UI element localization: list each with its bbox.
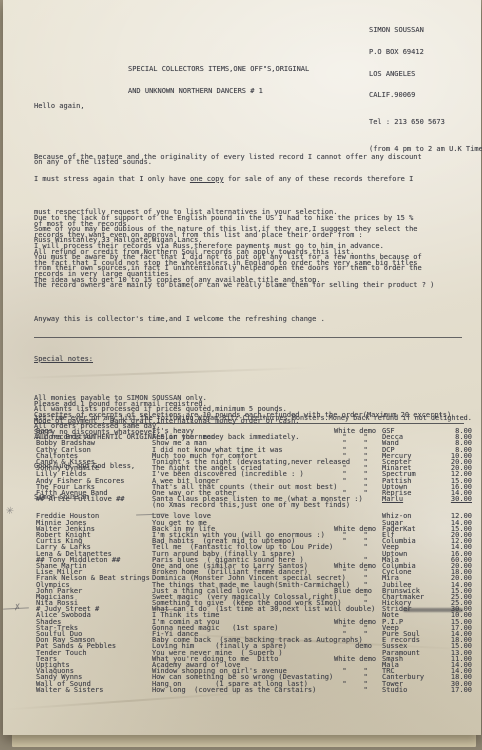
divider-rule	[34, 337, 462, 338]
letter-line-stress: I must stress again that I only have one…	[34, 177, 466, 183]
title-note-cell: (no Xmas record this,just one of my best…	[152, 502, 350, 508]
blank-line	[34, 300, 466, 306]
handwritten-star-icon: ✳	[5, 503, 15, 519]
list-intro: 1st time ever on any list,the following …	[34, 414, 477, 421]
sender-address-line: LOS ANGELES	[369, 71, 482, 78]
price-cell: 30.00	[432, 496, 472, 502]
letter-line: on any of the listed sounds.	[34, 160, 466, 166]
salutation: Hello again,	[34, 104, 466, 110]
artist-cell: ## Artie Fullilove ##	[36, 496, 125, 502]
heading-line: SPECIAL COLLECTORS ITEMS,ONE OFF"S,ORIGI…	[128, 66, 309, 73]
record-row: Walter & Sisters How long (covered up as…	[34, 687, 477, 693]
letter-line-part: for sale of any of these records therefo…	[224, 175, 414, 183]
letter-line-part: I must stress again that I only have	[34, 175, 190, 183]
underlined-phrase: one copy	[190, 175, 224, 183]
closing-remark: Anyway this is collector's time,and I we…	[34, 317, 466, 323]
record-table: Bags It's heavy White demo GSF 8.00 Aldo…	[34, 428, 477, 693]
sender-address-line: P.O BOX 69412	[369, 49, 482, 56]
list-divider	[34, 423, 464, 424]
scanned-letter-page: SIMON SOUSSAN P.O BOX 69412 LOS ANGELES …	[0, 0, 482, 750]
handwritten-x-icon: ✗	[13, 600, 21, 614]
record-group-1: Bags It's heavy White demo GSF 8.00 Aldo…	[34, 428, 477, 508]
artist-cell: Walter & Sisters	[36, 687, 103, 693]
label-cell: Studio	[382, 687, 407, 693]
record-group-2: Freddie Houston Love love love Whiz-on 1…	[34, 513, 477, 692]
letter-paragraph: Because of the nature and the originalit…	[34, 138, 466, 166]
record-row: ## Artie Fullilove ## Santa Claus please…	[34, 496, 477, 508]
letter-line: The record owners are mainly to blame(or…	[34, 283, 466, 289]
ink-smudge	[403, 608, 463, 612]
sender-name: SIMON SOUSSAN	[369, 27, 482, 34]
label-cell: Marlu	[382, 496, 403, 502]
title-cell: How long (covered up as the Carstairs)	[152, 687, 316, 693]
record-list: 1st time ever on any list,the following …	[34, 414, 477, 693]
letter-paragraph: must respectfully request of you to list…	[34, 194, 466, 289]
paper: SIMON SOUSSAN P.O BOX 69412 LOS ANGELES …	[3, 0, 481, 735]
blank-line	[34, 121, 466, 127]
price-cell: 17.00	[432, 687, 472, 693]
demo-cell: "	[334, 687, 368, 693]
special-notes-title: Special notes:	[34, 357, 466, 363]
